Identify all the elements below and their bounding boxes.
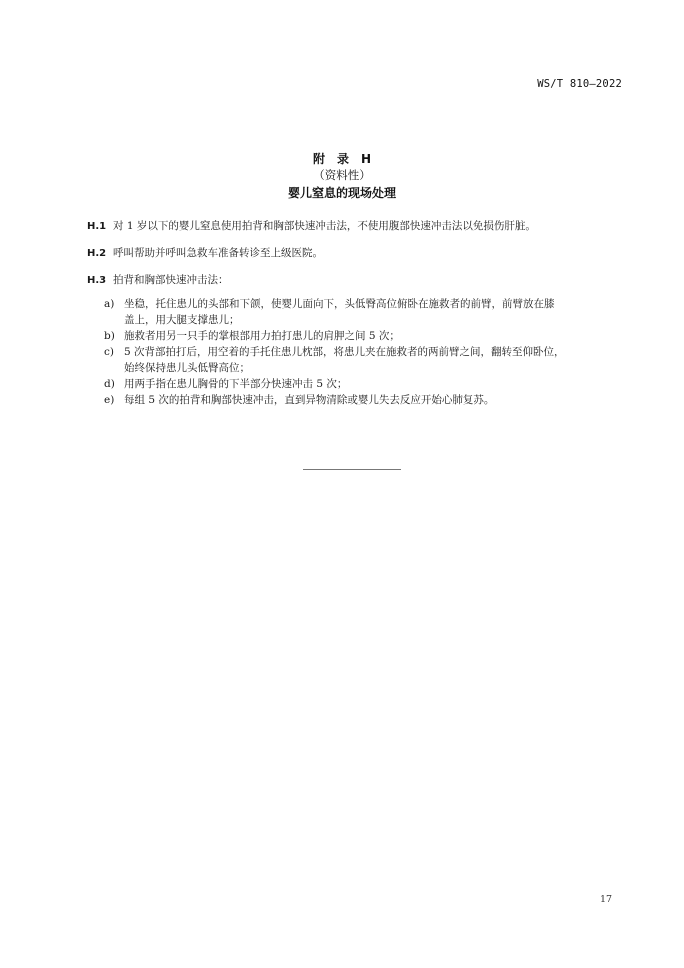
clause-h1: H.1对 1 岁以下的婴儿窒息使用拍背和胸部快速冲击法，不使用腹部快速冲击法以免… [87, 219, 536, 234]
clause-number: H.3 [87, 274, 113, 288]
list-item-text: 坐稳，托住患儿的头部和下颌，使婴儿面向下，头低臀高位俯卧在施救者的前臂，前臂放在… [124, 296, 624, 328]
list-item-d: d) 用两手指在患儿胸骨的下半部分快速冲击 5 次； [104, 376, 624, 392]
list-marker: d) [104, 376, 124, 392]
text-line: 施救者用另一只手的掌根部用力拍打患儿的肩胛之间 5 次； [124, 328, 624, 344]
clause-text: 呼叫帮助并呼叫急救车准备转诊至上级医院。 [113, 247, 323, 259]
text-line: 5 次背部拍打后，用空着的手托住患儿枕部，将患儿夹在施救者的两前臂之间，翻转至仰… [124, 344, 624, 360]
clause-text: 拍背和胸部快速冲击法： [113, 274, 229, 286]
list-marker: c) [104, 344, 124, 360]
appendix-label-2: 录 [337, 152, 349, 166]
text-line: 坐稳，托住患儿的头部和下颌，使婴儿面向下，头低臀高位俯卧在施救者的前臂，前臂放在… [124, 296, 624, 312]
list-item-text: 5 次背部拍打后，用空着的手托住患儿枕部，将患儿夹在施救者的两前臂之间，翻转至仰… [124, 344, 624, 376]
appendix-title: 附录H [0, 150, 684, 167]
clause-text: 对 1 岁以下的婴儿窒息使用拍背和胸部快速冲击法，不使用腹部快速冲击法以免损伤肝… [113, 220, 536, 232]
list-item-c: c) 5 次背部拍打后，用空着的手托住患儿枕部，将患儿夹在施救者的两前臂之间，翻… [104, 344, 624, 376]
clause-h3: H.3拍背和胸部快速冲击法： [87, 273, 229, 288]
text-line: 始终保持患儿头低臀高位； [124, 360, 624, 376]
list-item-text: 施救者用另一只手的掌根部用力拍打患儿的肩胛之间 5 次； [124, 328, 624, 344]
list-item-a: a) 坐稳，托住患儿的头部和下颌，使婴儿面向下，头低臀高位俯卧在施救者的前臂，前… [104, 296, 624, 328]
text-line: 用两手指在患儿胸骨的下半部分快速冲击 5 次； [124, 376, 624, 392]
clause-h2: H.2呼叫帮助并呼叫急救车准备转诊至上级医院。 [87, 246, 323, 261]
list-item-text: 每组 5 次的拍背和胸部快速冲击，直到异物清除或婴儿失去反应开始心肺复苏。 [124, 392, 624, 408]
list-marker: b) [104, 328, 124, 344]
procedure-steps-list: a) 坐稳，托住患儿的头部和下颌，使婴儿面向下，头低臀高位俯卧在施救者的前臂，前… [104, 296, 624, 408]
appendix-nature: （资料性） [0, 167, 684, 183]
list-marker: e) [104, 392, 124, 408]
list-item-e: e) 每组 5 次的拍背和胸部快速冲击，直到异物清除或婴儿失去反应开始心肺复苏。 [104, 392, 624, 408]
clause-number: H.2 [87, 247, 113, 261]
standard-code: WS/T 810—2022 [537, 78, 622, 90]
end-of-section-rule [303, 469, 401, 470]
clause-number: H.1 [87, 220, 113, 234]
list-item-text: 用两手指在患儿胸骨的下半部分快速冲击 5 次； [124, 376, 624, 392]
list-marker: a) [104, 296, 124, 312]
text-line: 盖上，用大腿支撑患儿； [124, 312, 624, 328]
list-item-b: b) 施救者用另一只手的掌根部用力拍打患儿的肩胛之间 5 次； [104, 328, 624, 344]
appendix-heading: 婴儿窒息的现场处理 [0, 184, 684, 201]
appendix-label: 附 [313, 152, 325, 166]
appendix-letter: H [361, 152, 371, 166]
page-number: 17 [600, 894, 612, 905]
text-line: 每组 5 次的拍背和胸部快速冲击，直到异物清除或婴儿失去反应开始心肺复苏。 [124, 392, 624, 408]
